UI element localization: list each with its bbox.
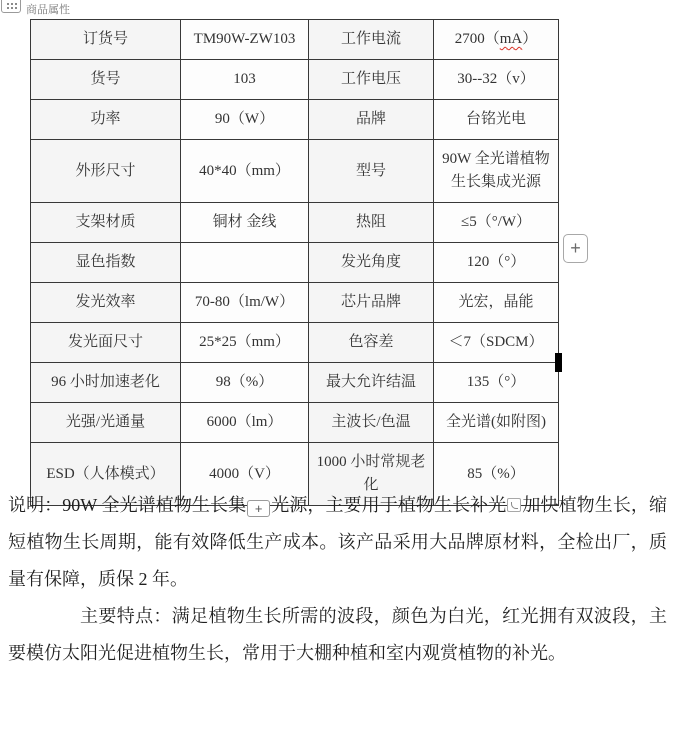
table-expand-plus-button[interactable]: + [563,234,588,263]
description-text: 说明：90W 全光谱植物生长集 [8,495,246,515]
description-text: 光源，主要用于植物生长补光 [271,495,506,515]
spec-label-cell: 发光面尺寸 [31,323,181,363]
spec-label-cell: 热阻 [309,203,434,243]
description-paragraph: 主要特点：满足植物生长所需的波段，颜色为白光，红光拥有双波段，主要模仿太阳光促进… [8,598,667,672]
spec-label-cell: 工作电压 [309,60,434,100]
spec-table-body: 订货号TM90W-ZW103工作电流2700（mA）货号103工作电压30--3… [31,20,559,506]
spec-label-cell: 发光效率 [31,283,181,323]
spec-value-cell: 40*40（mm） [181,140,309,203]
table-edge-caret-mark [555,353,562,372]
spec-label-cell: 显色指数 [31,243,181,283]
spec-value-cell: 25*25（mm） [181,323,309,363]
header-strip: 商品属性 [0,0,673,16]
spec-table-row: 支架材质铜材 金线热阻≤5（°/W） [31,203,559,243]
spec-label-cell: 芯片品牌 [309,283,434,323]
section-tab-label: 商品属性 [26,1,70,17]
spec-table-row: 显色指数发光角度120（°） [31,243,559,283]
spec-table-row: 订货号TM90W-ZW103工作电流2700（mA） [31,20,559,60]
spec-value-cell: 120（°） [434,243,559,283]
spec-label-cell: 主波长/色温 [309,403,434,443]
product-description: 说明：90W 全光谱植物生长集+光源，主要用于植物生长补光加快植物生长，缩短植物… [8,487,667,672]
spec-value-cell [181,243,309,283]
spec-value-cell: 6000（lm） [181,403,309,443]
spec-value-cell: 2700（mA） [434,20,559,60]
spec-table-row: 发光效率70-80（lm/W）芯片品牌光宏，晶能 [31,283,559,323]
drag-handle-button[interactable] [1,0,21,13]
spec-label-cell: 支架材质 [31,203,181,243]
spec-value-cell: ＜7（SDCM） [434,323,559,363]
spec-label-cell: 色容差 [309,323,434,363]
spec-table-row: 外形尺寸40*40（mm）型号90W 全光谱植物生长集成光源 [31,140,559,203]
spec-label-cell: 工作电流 [309,20,434,60]
inline-object-icon [507,498,521,512]
spec-value-cell: TM90W-ZW103 [181,20,309,60]
inline-expand-plus-button[interactable]: + [247,500,270,517]
spec-table-row: 光强/光通量6000（lm）主波长/色温全光谱(如附图) [31,403,559,443]
spec-label-cell: 订货号 [31,20,181,60]
spec-value-cell: ≤5（°/W） [434,203,559,243]
spec-value-cell: 103 [181,60,309,100]
spec-label-cell: 货号 [31,60,181,100]
spec-value-cell: 98（%） [181,363,309,403]
spec-value-cell: 台铭光电 [434,100,559,140]
spec-value-cell: 90W 全光谱植物生长集成光源 [434,140,559,203]
spec-value-cell: 135（°） [434,363,559,403]
grid-dots-icon [7,3,9,5]
description-text: 主要特点：满足植物生长所需的波段，颜色为白光，红光拥有双波段，主要模仿太阳光促进… [8,606,667,663]
spec-label-cell: 96 小时加速老化 [31,363,181,403]
spec-value-cell: 全光谱(如附图) [434,403,559,443]
spec-label-cell: 品牌 [309,100,434,140]
spec-table-row: 货号103工作电压30--32（v） [31,60,559,100]
spec-table-row: 96 小时加速老化98（%）最大允许结温135（°） [31,363,559,403]
spec-table-row: 发光面尺寸25*25（mm）色容差＜7（SDCM） [31,323,559,363]
spec-table-row: 功率90（W）品牌台铭光电 [31,100,559,140]
spec-label-cell: 光强/光通量 [31,403,181,443]
product-spec-table: 订货号TM90W-ZW103工作电流2700（mA）货号103工作电压30--3… [30,19,559,506]
spec-label-cell: 最大允许结温 [309,363,434,403]
spec-value-cell: 90（W） [181,100,309,140]
misspelled-word: mA [500,31,523,47]
spec-value-cell: 光宏，晶能 [434,283,559,323]
spec-value-cell: 70-80（lm/W） [181,283,309,323]
spec-label-cell: 功率 [31,100,181,140]
description-paragraph: 说明：90W 全光谱植物生长集+光源，主要用于植物生长补光加快植物生长，缩短植物… [8,487,667,598]
spec-label-cell: 型号 [309,140,434,203]
spec-value-cell: 30--32（v） [434,60,559,100]
spec-value-cell: 铜材 金线 [181,203,309,243]
spec-label-cell: 外形尺寸 [31,140,181,203]
spec-label-cell: 发光角度 [309,243,434,283]
